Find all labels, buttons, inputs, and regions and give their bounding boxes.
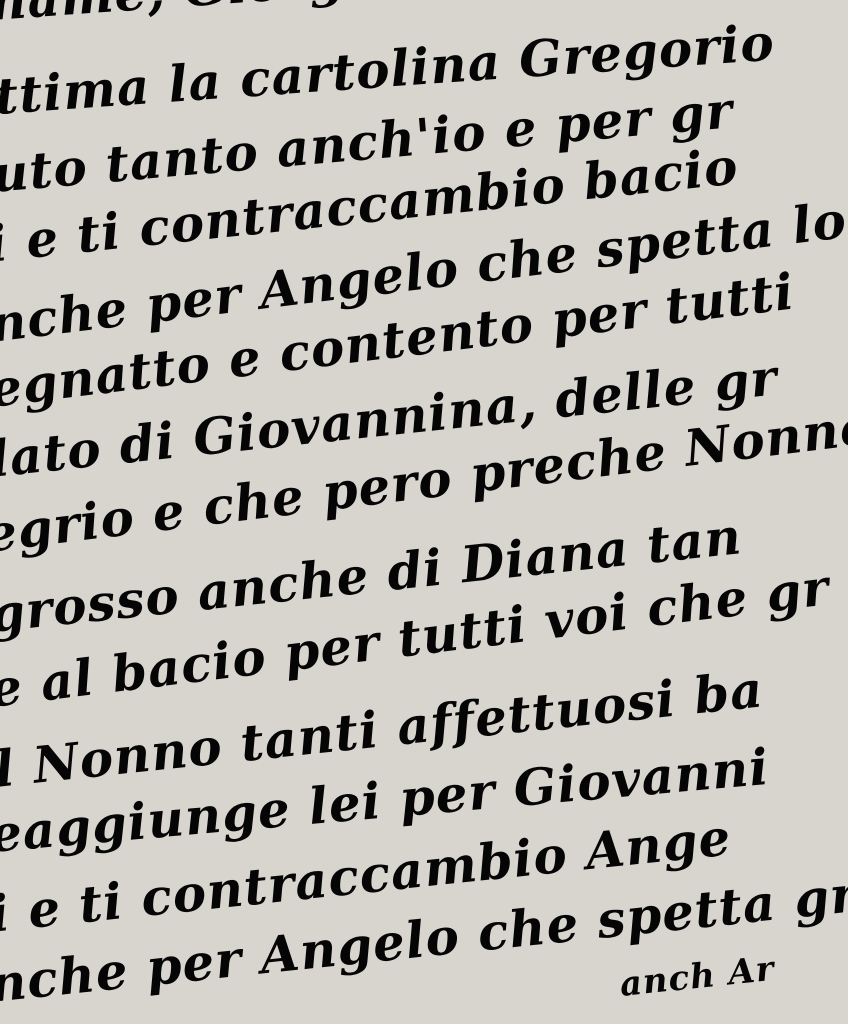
letter-line-15-insertion: anch Ar bbox=[618, 952, 776, 1002]
handwritten-letter-page: name, Giorgio altri di per Nonno ttima l… bbox=[0, 0, 848, 1024]
